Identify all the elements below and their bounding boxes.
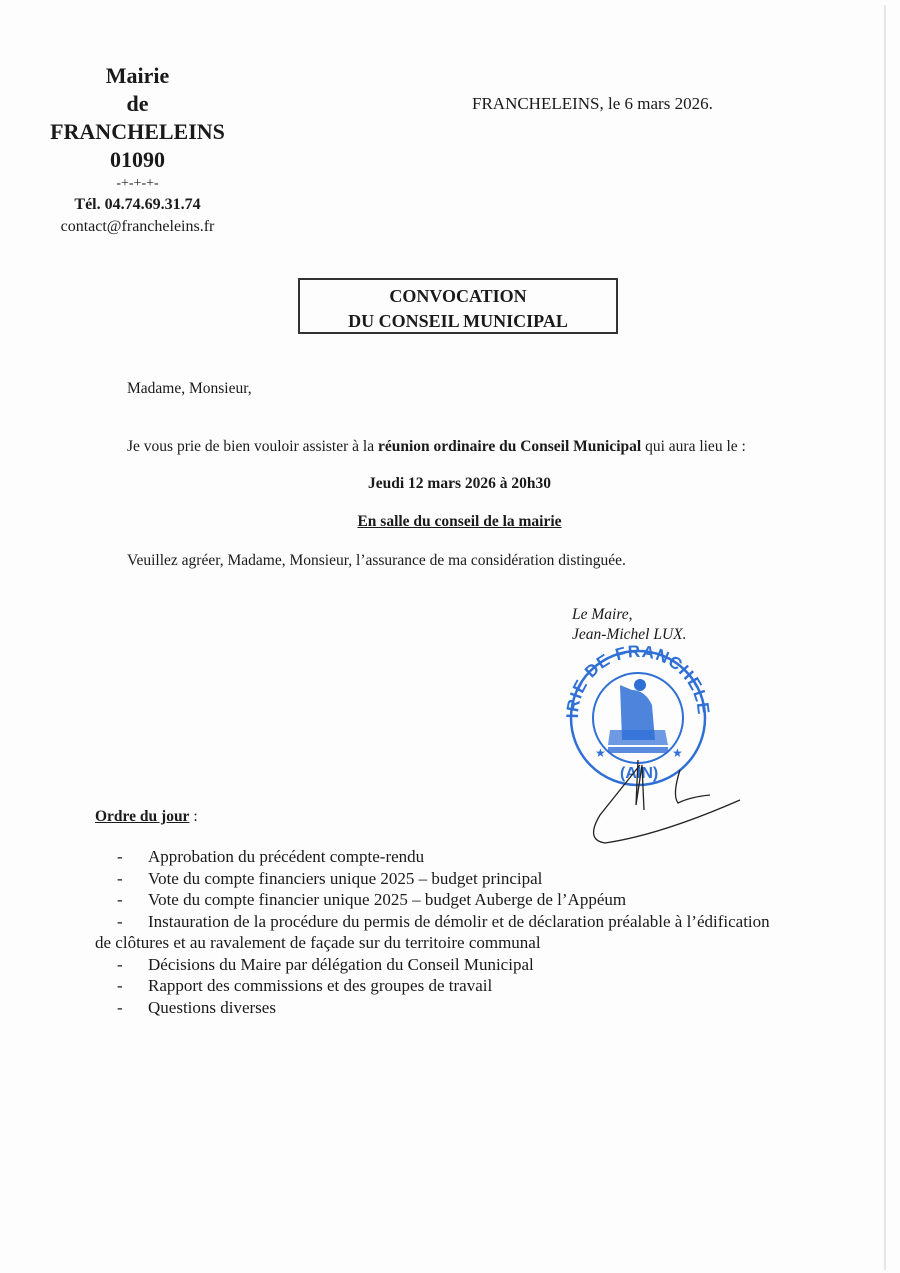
agenda-item-continuation: de clôtures et au ravalement de façade s… <box>95 932 825 954</box>
intro-text-end: qui aura lieu le : <box>641 438 746 455</box>
date-line: FRANCHELEINS, le 6 mars 2026. <box>472 94 713 114</box>
agenda-item: -Vote du compte financier unique 2025 – … <box>95 889 825 911</box>
intro-bold: réunion ordinaire du Conseil Municipal <box>378 438 641 455</box>
bullet-dash: - <box>117 954 123 976</box>
agenda-list: -Approbation du précédent compte-rendu -… <box>95 846 825 1018</box>
intro-paragraph: Je vous prie de bien vouloir assister à … <box>127 438 746 456</box>
title-line-1: CONVOCATION <box>300 284 616 309</box>
letterhead-phone: Tél. 04.74.69.31.74 <box>30 194 245 216</box>
letterhead-town: FRANCHELEINS <box>30 118 245 146</box>
agenda-heading-line: Ordre du jour : <box>95 808 198 826</box>
agenda-item-text: Décisions du Maire par délégation du Con… <box>148 955 534 974</box>
svg-text:★: ★ <box>672 746 683 760</box>
closing: Veuillez agréer, Madame, Monsieur, l’ass… <box>127 552 626 570</box>
agenda-heading: Ordre du jour <box>95 808 189 825</box>
salutation: Madame, Monsieur, <box>127 380 252 398</box>
signature-title: Le Maire, <box>572 605 687 625</box>
title-box: CONVOCATION DU CONSEIL MUNICIPAL <box>298 278 618 334</box>
bullet-dash: - <box>117 975 123 997</box>
svg-text:★: ★ <box>595 746 606 760</box>
agenda-item-text: Approbation du précédent compte-rendu <box>148 847 424 866</box>
agenda-item-text: Vote du compte financiers unique 2025 – … <box>148 869 542 888</box>
agenda-item: -Vote du compte financiers unique 2025 –… <box>95 868 825 890</box>
bullet-dash: - <box>117 846 123 868</box>
agenda-item: -Questions diverses <box>95 997 825 1019</box>
signature-block: Le Maire, Jean-Michel LUX. <box>572 605 687 645</box>
bullet-dash: - <box>117 911 123 933</box>
meeting-place-text: En salle du conseil de la mairie <box>357 513 561 530</box>
intro-text: Je vous prie de bien vouloir assister à … <box>127 438 378 455</box>
scan-edge-line <box>884 5 886 1270</box>
letterhead: Mairie de FRANCHELEINS 01090 -+-+-+- Tél… <box>30 62 245 238</box>
agenda-item: -Instauration de la procédure du permis … <box>95 911 825 933</box>
agenda-item: -Décisions du Maire par délégation du Co… <box>95 954 825 976</box>
official-stamp-icon: MAIRIE DE FRANCHELEINS ★ ★ (AIN) <box>560 645 760 855</box>
letterhead-mairie: Mairie <box>30 62 245 90</box>
agenda-item-text: Vote du compte financier unique 2025 – b… <box>148 890 626 909</box>
meeting-place: En salle du conseil de la mairie <box>127 513 792 531</box>
letterhead-email: contact@francheleins.fr <box>30 216 245 238</box>
agenda-item: -Approbation du précédent compte-rendu <box>95 846 825 868</box>
letterhead-de: de <box>30 90 245 118</box>
agenda-item: -Rapport des commissions et des groupes … <box>95 975 825 997</box>
agenda-item-text: Questions diverses <box>148 998 276 1017</box>
letterhead-postcode: 01090 <box>30 146 245 174</box>
svg-text:(AIN): (AIN) <box>620 765 658 782</box>
bullet-dash: - <box>117 868 123 890</box>
agenda-item-text: Rapport des commissions et des groupes d… <box>148 976 492 995</box>
title-line-2: DU CONSEIL MUNICIPAL <box>300 309 616 334</box>
letterhead-separator: -+-+-+- <box>30 174 245 194</box>
bullet-dash: - <box>117 889 123 911</box>
agenda-item-text: Instauration de la procédure du permis d… <box>148 912 770 931</box>
agenda-heading-colon: : <box>189 808 197 825</box>
meeting-date: Jeudi 12 mars 2026 à 20h30 <box>127 475 792 493</box>
signature-name: Jean-Michel LUX. <box>572 625 687 645</box>
bullet-dash: - <box>117 997 123 1019</box>
